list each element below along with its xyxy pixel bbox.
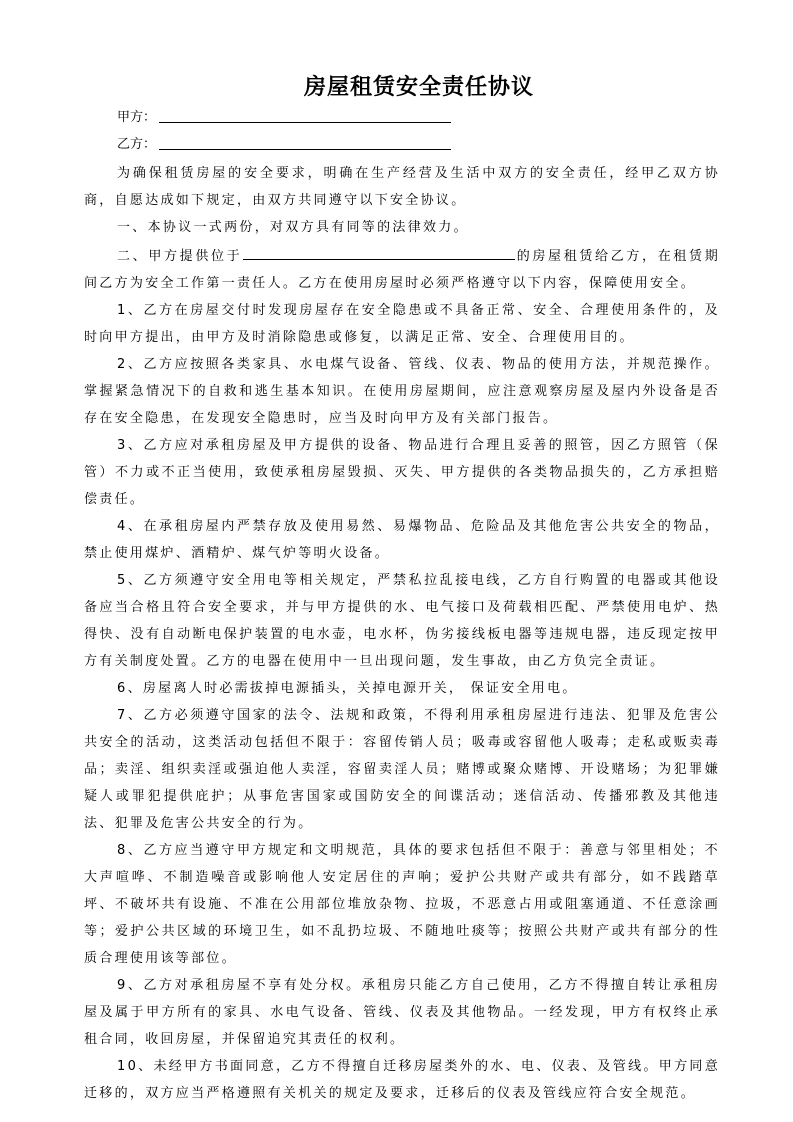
document-body: 为确保租赁房屋的安全要求，明确在生产经营及生活中双方的安全责任，经甲乙双方协商，… [84,160,720,1107]
clause-one: 一、本协议一式两份，对双方具有同等的法律效力。 [84,214,720,241]
item-8: 8、乙方应当遵守甲方规定和文明规范，具体的要求包括但不限于：善意与邻里相处；不大… [84,837,720,972]
property-address-blank-field[interactable] [243,241,515,260]
item-9: 9、乙方对承租房屋不享有处分权。承租房只能乙方自己使用，乙方不得擅自转让承租房屋… [84,972,720,1053]
party-b-line: 乙方： [117,135,159,155]
party-a-label: 甲方： [117,108,159,128]
item-6: 6、房屋离人时必需拔掉电源插头，关掉电源开关， 保证安全用电。 [84,675,720,702]
item-2: 2、乙方应按照各类家具、水电煤气设备、管线、仪表、物品的使用方法，并规范操作。掌… [84,351,720,432]
item-4: 4、在承租房屋内严禁存放及使用易然、易爆物品、危险品及其他危害公共安全的物品，禁… [84,513,720,567]
party-a-line: 甲方： [117,108,159,128]
clause-two: 二、甲方提供位于的房屋租赁给乙方，在租赁期间乙方为安全工作第一责任人。乙方在使用… [84,241,720,297]
item-7: 7、乙方必须遵守国家的法令、法规和政策，不得利用承租房屋进行违法、犯罪及危害公共… [84,702,720,837]
party-b-label: 乙方： [117,135,159,155]
item-1: 1、乙方在房屋交付时发现房屋存在安全隐患或不具备正常、安全、合理使用条件的，及时… [84,297,720,351]
intro-paragraph: 为确保租赁房屋的安全要求，明确在生产经营及生活中双方的安全责任，经甲乙双方协商，… [84,160,720,214]
clause-two-before: 二、甲方提供位于 [117,249,242,264]
party-b-blank-field[interactable] [159,149,451,150]
party-a-blank-field[interactable] [159,122,451,123]
document-title: 房屋租赁安全责任协议 [84,70,754,101]
item-3: 3、乙方应对承租房屋及甲方提供的设备、物品进行合理且妥善的照管，因乙方照管（保管… [84,432,720,513]
item-10: 10、未经甲方书面同意，乙方不得擅自迁移房屋类外的水、电、仪表、及管线。甲方同意… [84,1053,720,1107]
item-5: 5、乙方须遵守安全用电等相关规定，严禁私拉乱接电线，乙方自行购置的电器或其他设备… [84,567,720,675]
